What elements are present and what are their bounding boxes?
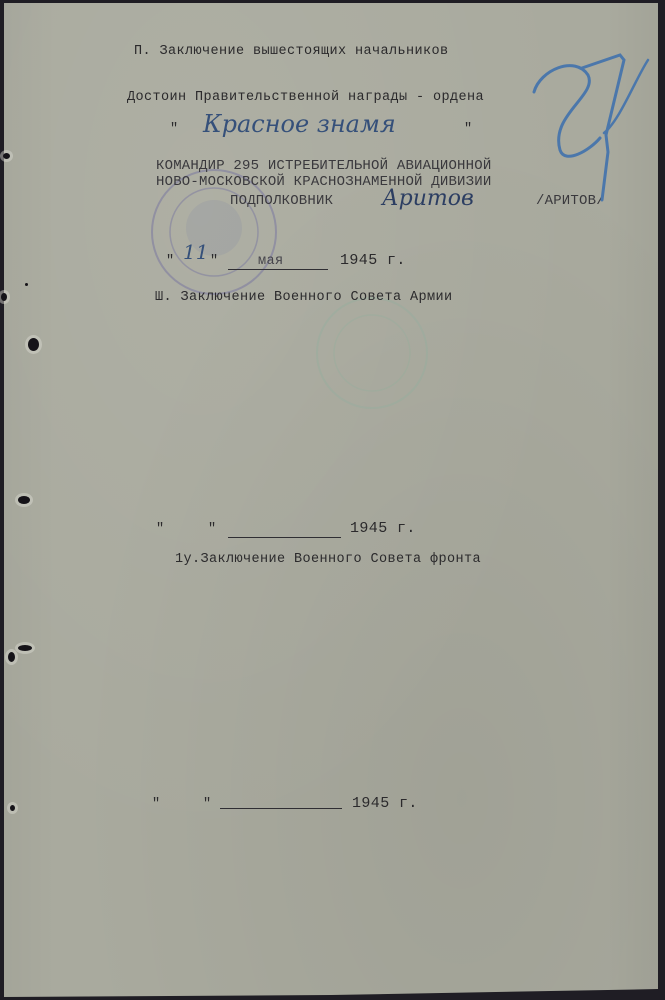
date-year: 1945 г. — [350, 520, 416, 537]
date-quote-open: " — [152, 797, 161, 812]
punch-hole — [10, 805, 15, 811]
date-month: мая — [258, 254, 284, 269]
date-quote-open: " — [166, 254, 175, 269]
quote-open: " — [170, 122, 179, 137]
quote-close: " — [464, 122, 473, 137]
punch-hole — [8, 652, 15, 662]
date-year: 1945 г. — [340, 252, 406, 269]
army-council-stamp — [315, 305, 435, 405]
punch-hole — [18, 496, 30, 504]
date-month-line — [228, 269, 328, 270]
date-quote-open: " — [156, 522, 165, 537]
date-quote-close: " — [203, 797, 212, 812]
date-blank-line — [220, 808, 342, 809]
margin-annotation-27 — [520, 40, 665, 210]
section2-heading: П. Заключение вышестоящих начальников — [134, 44, 449, 59]
punch-hole — [25, 283, 28, 286]
punch-hole — [3, 153, 10, 159]
section3-heading: Ш. Заключение Военного Совета Армии — [155, 290, 453, 305]
punch-hole — [18, 645, 32, 651]
section4-heading: 1у.Заключение Военного Совета фронта — [175, 552, 481, 567]
punch-hole — [1, 293, 7, 301]
punch-hole — [28, 338, 39, 351]
date-day-handwritten: 11 — [183, 240, 208, 264]
rank: ПОДПОЛКОВНИК — [230, 193, 333, 209]
date-quote-close: " — [210, 254, 219, 269]
date-blank-line — [228, 537, 341, 538]
commander-line-1: КОМАНДИР 295 ИСТРЕБИТЕЛЬНОЙ АВИАЦИОННОЙ — [156, 158, 491, 174]
order-name-handwritten: Красное знамя — [203, 110, 396, 138]
commander-signature: Аритов — [382, 186, 474, 211]
date-quote-close: " — [208, 522, 217, 537]
date-year: 1945 г. — [352, 795, 418, 812]
award-worthy-line: Достоин Правительственной награды - орде… — [127, 90, 484, 105]
